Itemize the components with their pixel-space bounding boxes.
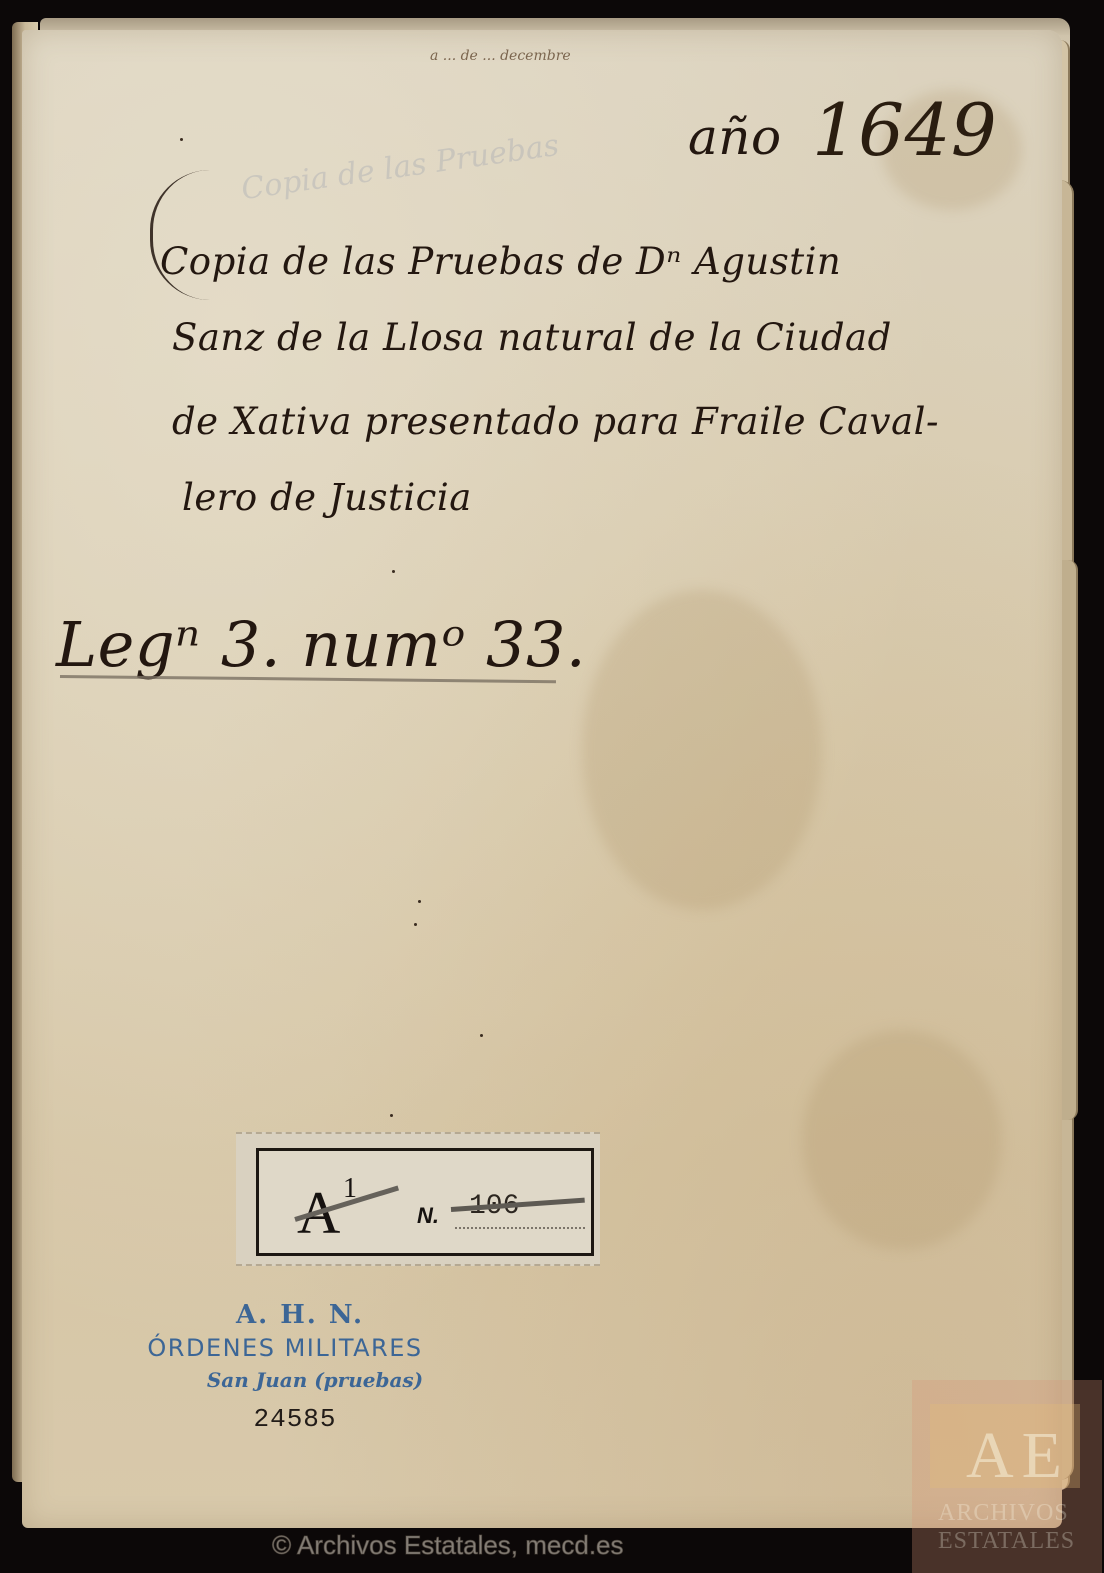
ink-speck — [418, 900, 421, 903]
paper-stain — [582, 590, 822, 910]
copyright-watermark: © Archivos Estatales, mecd.es — [272, 1530, 624, 1561]
stamp-subsection: San Juan (pruebas) — [160, 1368, 470, 1392]
watermark-text-line2: ESTATALES — [938, 1528, 1075, 1555]
label-frame: A 1 N. 106 — [256, 1148, 594, 1256]
ink-speck — [392, 570, 395, 573]
archive-watermark-logo: AE ARCHIVOS ESTATALES — [912, 1380, 1102, 1573]
watermark-text-line1: ARCHIVOS — [938, 1500, 1069, 1527]
top-margin-note: a ... de ... decembre — [430, 48, 571, 64]
document-scan: a ... de ... decembre Copia de las Prueb… — [0, 0, 1104, 1573]
ink-speck — [414, 923, 417, 926]
archive-stamp: A. H. N. ÓRDENES MILITARES San Juan (pru… — [100, 1300, 470, 1434]
legajo-reference: Legⁿ 3. numᵒ 33. — [56, 608, 586, 681]
ink-speck — [180, 138, 183, 141]
title-line-3: de Xativa presentado para Fraile Caval- — [172, 400, 939, 443]
year-value: 1649 — [812, 88, 997, 172]
stamp-section: ÓRDENES MILITARES — [100, 1334, 470, 1362]
watermark-logo-letters: AE — [966, 1418, 1070, 1494]
ink-speck — [480, 1034, 483, 1037]
dotted-fill-line — [455, 1227, 585, 1229]
paper-stain — [802, 1030, 1002, 1250]
ink-speck — [390, 1114, 393, 1117]
label-number-prefix: N. — [417, 1203, 439, 1229]
title-line-2: Sanz de la Llosa natural de la Ciudad — [172, 316, 892, 359]
year-label: año — [688, 108, 782, 166]
title-line-4: lero de Justicia — [182, 476, 472, 519]
printed-catalog-label: A 1 N. 106 — [236, 1132, 600, 1266]
title-line-1: Copia de las Pruebas de Dⁿ Agustin — [160, 240, 841, 283]
watermark-logo-box: AE — [930, 1404, 1080, 1488]
stamp-acronym: A. H. N. — [130, 1300, 470, 1330]
stamp-number: 24585 — [120, 1404, 470, 1434]
